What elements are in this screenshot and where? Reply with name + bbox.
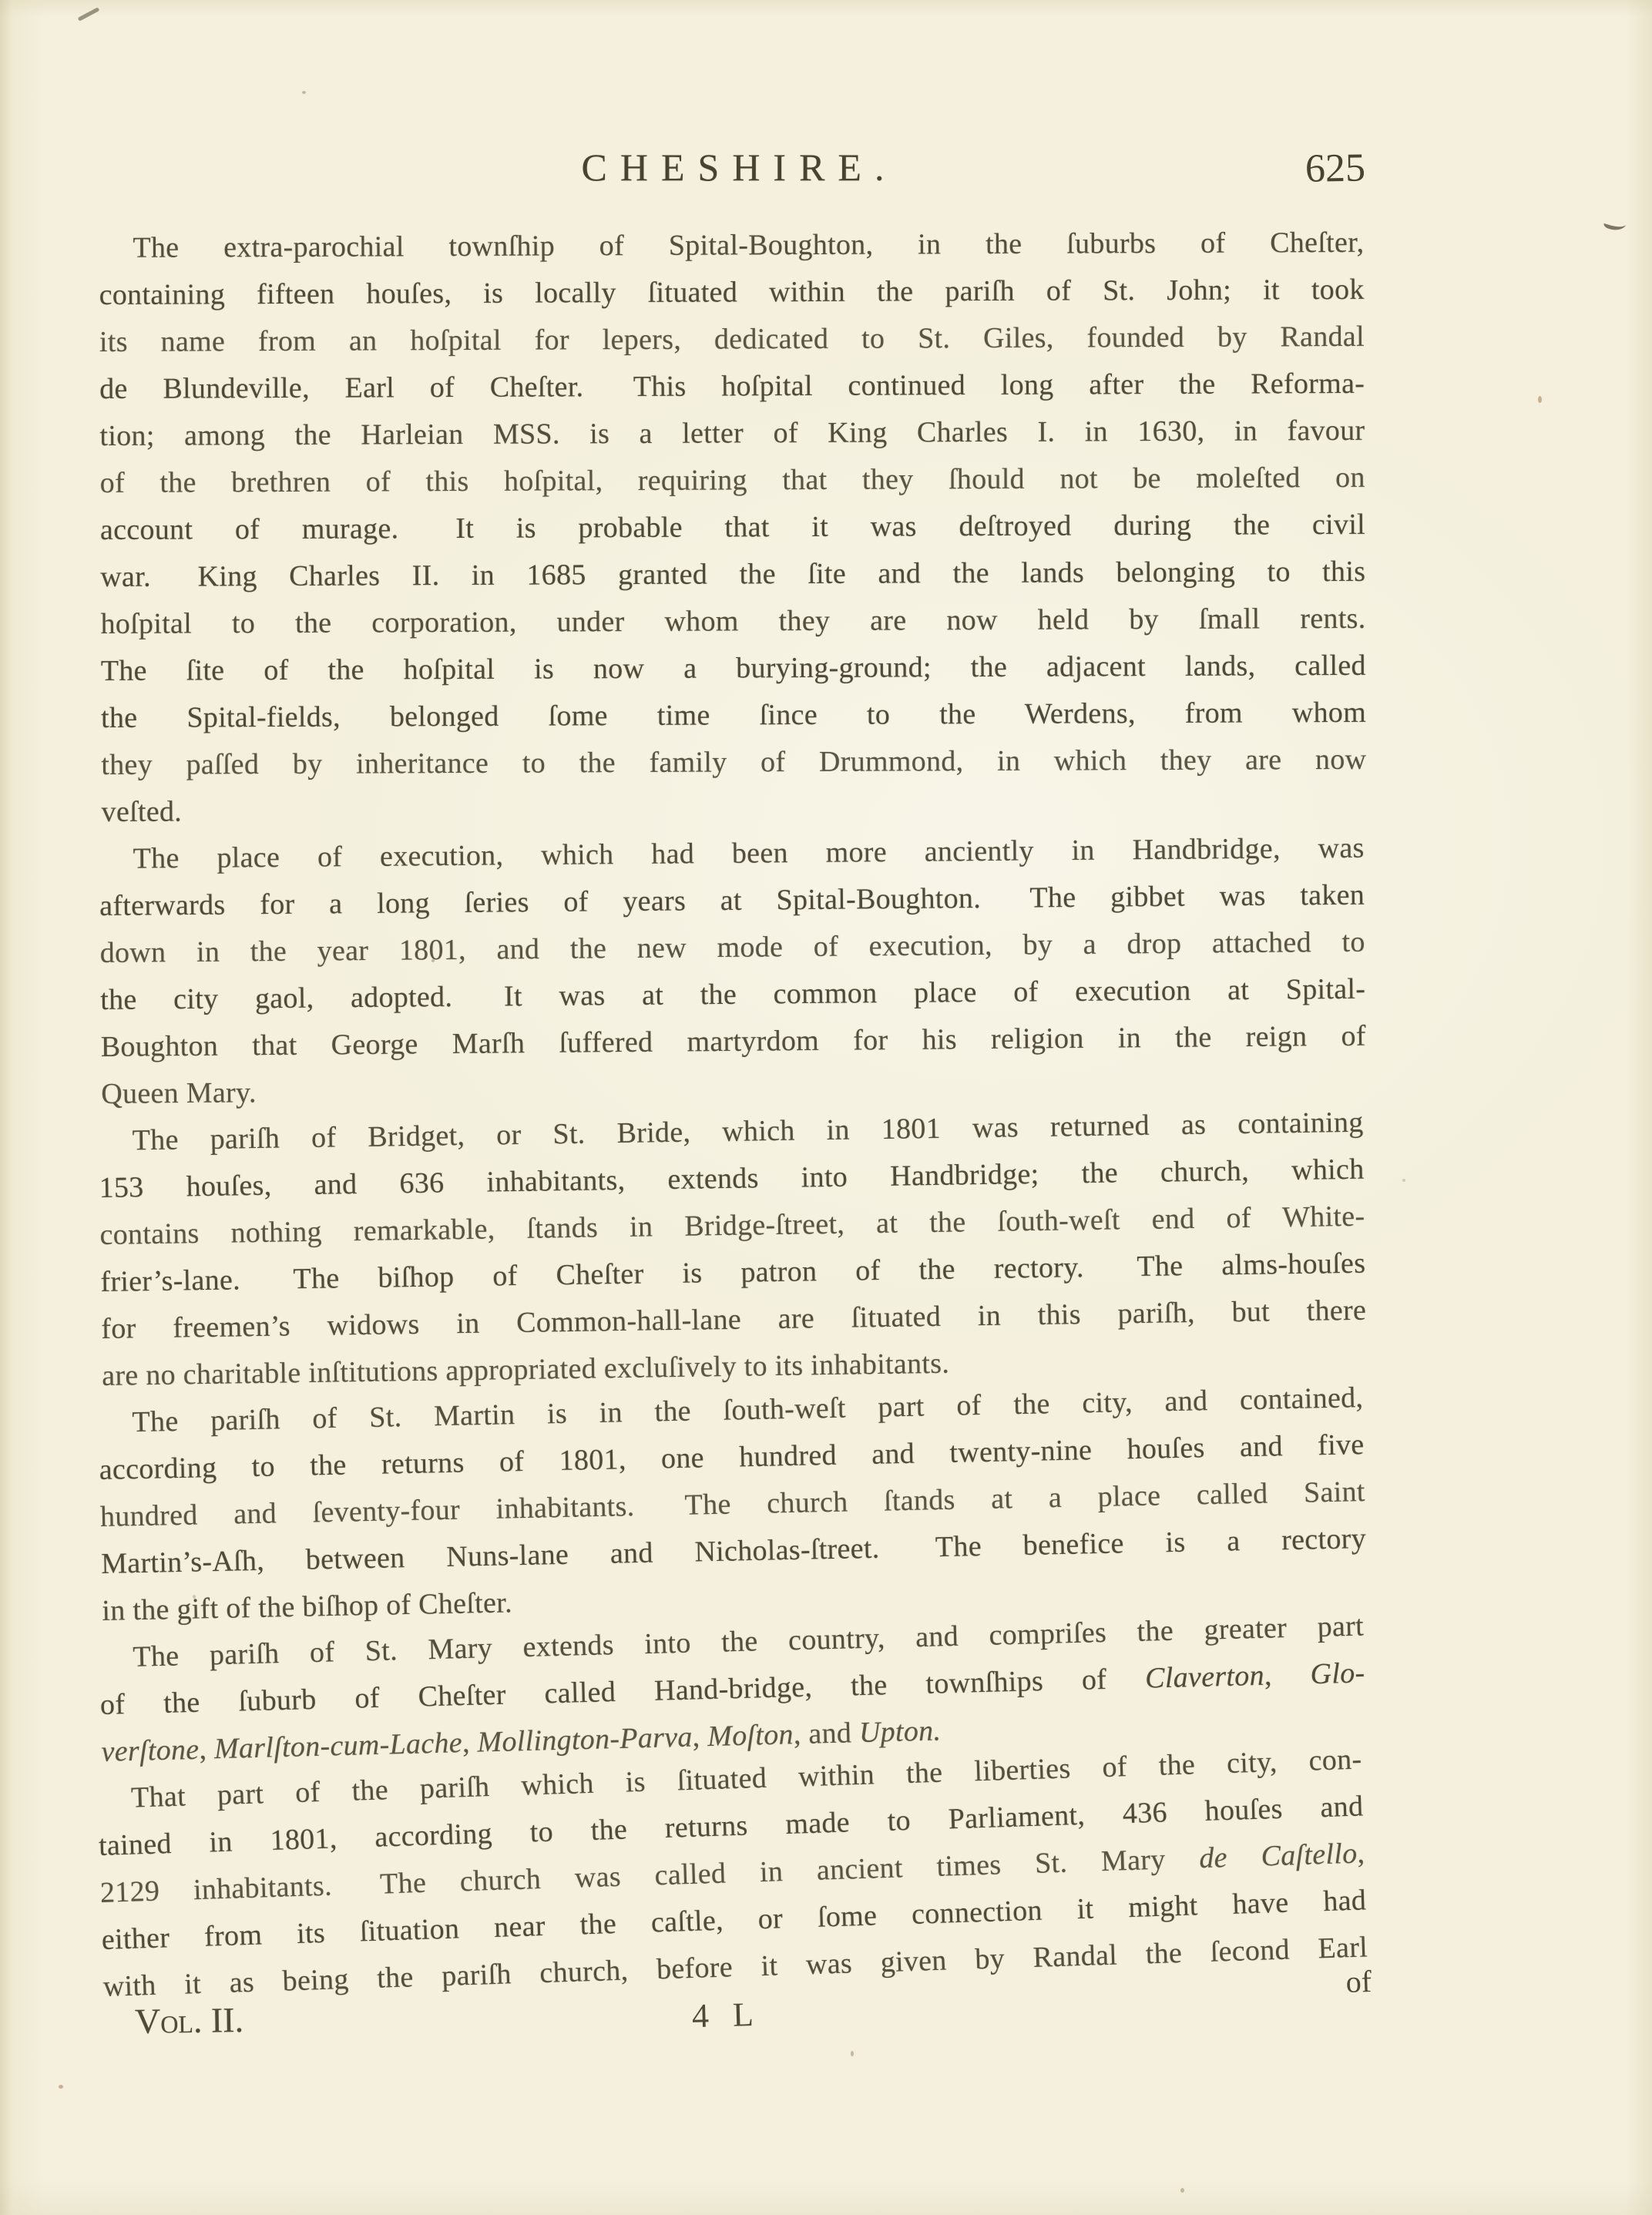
paragraph: That part of the pariſh which is ſituate… — [96, 1736, 1368, 2010]
text-segment: account of murage. It is probable that i… — [100, 508, 1365, 546]
paragraph: The extra-parochial townſhip of Spital-B… — [99, 220, 1366, 836]
text-segment: , — [1357, 1837, 1365, 1869]
text-segment: Claverton — [1145, 1660, 1265, 1695]
text-segment: de Blundeville, Earl of Cheſter. This ho… — [99, 367, 1365, 405]
text-segment: , — [1264, 1658, 1311, 1692]
catchword: of — [1278, 1963, 1372, 2002]
paragraph: The pariſh of Bridget, or St. Bride, whi… — [98, 1099, 1367, 1400]
page-title: CHESHIRE. — [100, 145, 1365, 190]
text-segment: its name from an hoſpital for lepers, de… — [99, 321, 1365, 358]
text-segment: Moſton — [707, 1718, 794, 1753]
text-segment: in the gift of the biſhop of Cheſter. — [102, 1586, 512, 1627]
text-segment: The place of execution, which had been m… — [133, 832, 1364, 875]
text-line: its name from an hoſpital for lepers, de… — [99, 314, 1365, 366]
text-line: the Spital-fields, belonged ſome time ſi… — [101, 690, 1366, 742]
text-line: The extra-parochial townſhip of Spital-B… — [99, 220, 1364, 272]
paper-speck — [193, 1595, 196, 1599]
text-segment: down in the year 1801, and the new mode … — [100, 926, 1365, 969]
text-segment: Queen Mary. — [101, 1076, 257, 1110]
text-segment: The ſite of the hoſpital is now a buryin… — [101, 649, 1366, 687]
signature-mark: 4 L — [691, 1995, 761, 2035]
text-segment: war. King Charles II. in 1685 granted th… — [100, 555, 1365, 593]
text-segment: Glo- — [1310, 1656, 1365, 1690]
text-line: of the brethren of this hoſpital, requir… — [100, 455, 1365, 507]
text-segment: de Caſtello — [1199, 1837, 1358, 1874]
paper-speck — [1402, 1179, 1405, 1182]
text-line: tion; among the Harleian MSS. is a lette… — [99, 408, 1365, 460]
paper-speck — [1180, 2188, 1184, 2193]
text-line: they paſſed by inheritance to the family… — [101, 737, 1366, 789]
text-segment: Mollington-Parva — [477, 1721, 693, 1759]
text-segment: veſted. — [102, 796, 183, 828]
paper-speck — [302, 91, 306, 94]
text-segment: the city gaol, adopted. It was at the co… — [100, 973, 1365, 1016]
text-line: The ſite of the hoſpital is now a buryin… — [101, 643, 1366, 695]
ink-smudge — [78, 7, 100, 21]
volume-label: Vol. II. — [135, 1999, 244, 2042]
text-segment: hoſpital to the corporation, under whom … — [100, 602, 1365, 640]
text-segment: containing fifteen houſes, is locally ſi… — [99, 274, 1365, 311]
paper-speck — [851, 2051, 854, 2056]
text-segment: afterwards for a long ſeries of years at… — [99, 879, 1365, 922]
text-segment: the Spital-fields, belonged ſome time ſi… — [101, 696, 1366, 734]
text-segment: , and — [793, 1717, 859, 1750]
text-line: account of murage. It is probable that i… — [100, 502, 1365, 554]
text-line: de Blundeville, Earl of Cheſter. This ho… — [99, 361, 1365, 413]
text-segment: , — [199, 1733, 215, 1765]
paper-speck — [1538, 396, 1542, 403]
text-line: containing fifteen houſes, is locally ſi… — [99, 267, 1365, 319]
text-segment: of the brethren of this hoſpital, requir… — [100, 461, 1365, 499]
text-segment: The extra-parochial townſhip of Spital-B… — [133, 227, 1364, 264]
text-segment: they paſſed by inheritance to the family… — [101, 743, 1366, 781]
text-segment: Marlſton-cum-Lache — [213, 1727, 462, 1765]
text-segment: Boughton that George Marſh ſuffered mart… — [101, 1020, 1366, 1063]
text-segment: verſtone — [101, 1733, 200, 1768]
text-line: hoſpital to the corporation, under whom … — [100, 596, 1365, 648]
page-number: 625 — [1224, 145, 1365, 193]
paper-speck — [59, 2085, 63, 2089]
paper-speck — [431, 959, 435, 962]
text-segment: tion; among the Harleian MSS. is a lette… — [99, 414, 1365, 452]
book-page-scan: CHESHIRE. 625 The extra-parochial townſh… — [0, 0, 1652, 2215]
text-block: The extra-parochial townſhip of Spital-B… — [100, 225, 1365, 2011]
text-segment: , — [462, 1727, 478, 1759]
text-segment: Upton. — [858, 1714, 941, 1749]
paragraph: The pariſh of St. Martin is in the ſouth… — [98, 1374, 1368, 1635]
text-segment: , — [692, 1720, 708, 1753]
ink-mark — [1603, 214, 1627, 233]
text-line: war. King Charles II. in 1685 granted th… — [100, 549, 1365, 601]
paragraph: The place of execution, which had been m… — [99, 825, 1366, 1118]
